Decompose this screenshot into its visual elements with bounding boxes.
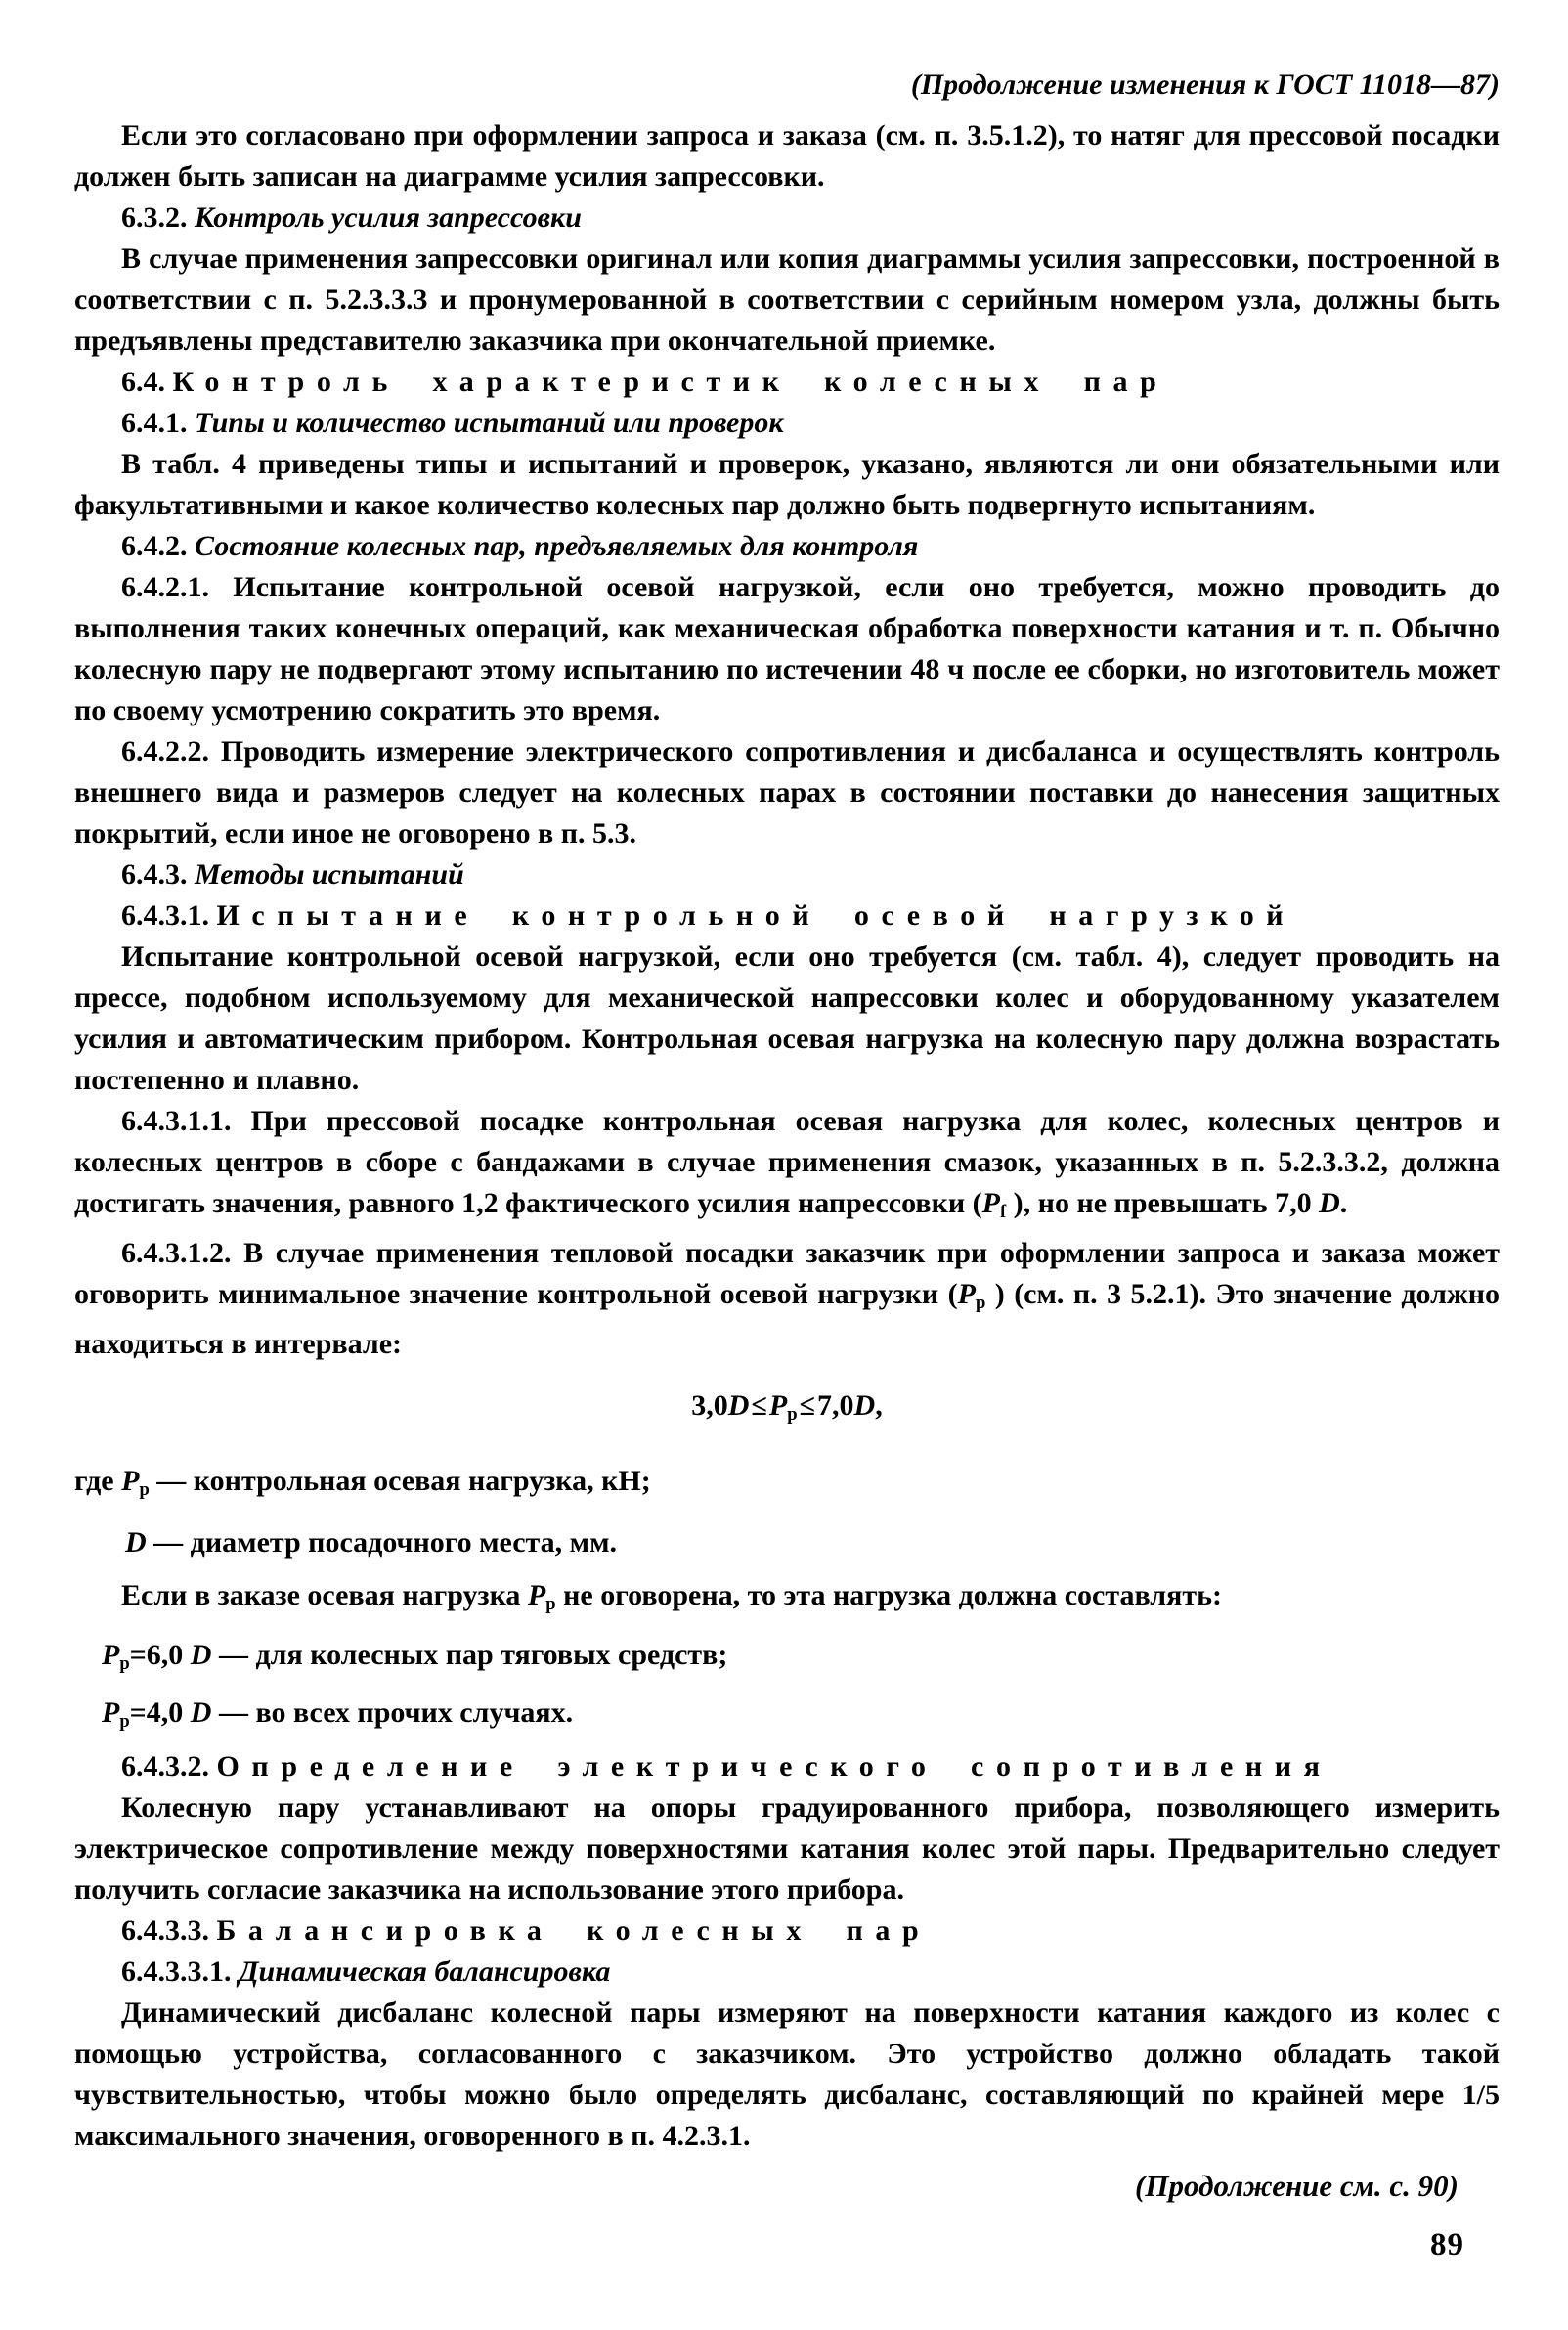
symbol-D: D bbox=[854, 1389, 876, 1422]
para-6-4-3-1-1: 6.4.3.1.1. При прессовой посадке контрол… bbox=[74, 1101, 1500, 1233]
section-number: 6.4.1. bbox=[121, 407, 195, 439]
text-run: где bbox=[74, 1465, 121, 1497]
definition-other: Pр=4,0 D — во всех прочих случаях. bbox=[74, 1689, 1500, 1746]
section-heading-6-4-2: 6.4.2. Состояние колесных пар, предъявля… bbox=[74, 526, 1500, 567]
section-title: Контроль характеристик колесных пар bbox=[173, 366, 1169, 398]
symbol-P: P bbox=[528, 1579, 545, 1611]
para-6-4-3-1: Испытание контрольной осевой нагрузкой, … bbox=[74, 937, 1500, 1101]
section-title: Состояние колесных пар, предъявляемых дл… bbox=[195, 530, 918, 562]
continuation-footer: (Продолжение см. с. 90) bbox=[1135, 2169, 1459, 2204]
section-number: 6.4.2. bbox=[121, 530, 195, 562]
para-6-3-2: В случае применения запрессовки оригинал… bbox=[74, 239, 1500, 362]
symbol-D: D bbox=[125, 1526, 147, 1559]
section-heading-6-4-1: 6.4.1. Типы и количество испытаний или п… bbox=[74, 403, 1500, 444]
subscript-p: р bbox=[139, 1479, 149, 1500]
section-heading-6-4-3: 6.4.3. Методы испытаний bbox=[74, 855, 1500, 896]
where-line-D: D — диаметр посадочного места, мм. bbox=[74, 1517, 1500, 1569]
subscript-p: р bbox=[119, 1653, 129, 1674]
symbol-P: P bbox=[958, 1278, 976, 1310]
section-number: 6.4.3.1. bbox=[121, 900, 217, 932]
para-6-4-1: В табл. 4 приведены типы и испытаний и п… bbox=[74, 444, 1500, 526]
para-6-4-2-1: 6.4.2.1. Испытание контрольной осевой на… bbox=[74, 567, 1500, 731]
formula-number: 3,0 bbox=[691, 1389, 728, 1422]
section-number: 6.3.2. bbox=[121, 201, 195, 234]
section-title: Динамическая балансировка bbox=[239, 1956, 610, 1988]
section-heading-6-4-3-3: 6.4.3.3. Балансировка колесных пар bbox=[74, 1911, 1500, 1952]
symbol-D: D bbox=[1319, 1187, 1340, 1219]
less-equal-sign: ≤ bbox=[798, 1389, 817, 1422]
section-title: Балансировка колесных пар bbox=[217, 1914, 932, 1947]
symbol-P: P bbox=[102, 1696, 119, 1729]
section-heading-6-4-3-1: 6.4.3.1. Испытание контрольной осевой на… bbox=[74, 896, 1500, 937]
symbol-D: D bbox=[728, 1389, 750, 1422]
subscript-p: р bbox=[119, 1711, 129, 1732]
text-run: не оговорена, то эта нагрузка должна сос… bbox=[556, 1579, 1222, 1611]
para-6-4-3-3-1: Динамический дисбаланс колесной пары изм… bbox=[74, 1993, 1500, 2157]
text-run: ), но не превышать 7,0 bbox=[1006, 1187, 1319, 1219]
symbol-P: P bbox=[102, 1639, 119, 1671]
text-run: — контрольная осевая нагрузка, кН; bbox=[150, 1465, 651, 1497]
symbol-D: D bbox=[191, 1639, 212, 1671]
section-title: Методы испытаний bbox=[195, 858, 464, 891]
section-number: 6.4.3.2. bbox=[121, 1750, 217, 1782]
section-heading-6-3-2: 6.3.2. Контроль усилия запрессовки bbox=[74, 198, 1500, 239]
less-equal-sign: ≤ bbox=[749, 1389, 768, 1422]
page-number: 89 bbox=[1430, 2227, 1464, 2264]
text-run: Если в заказе осевая нагрузка bbox=[121, 1579, 528, 1611]
para-6-4-3-2: Колесную пару устанавливают на опоры гра… bbox=[74, 1787, 1500, 1911]
section-title: Контроль усилия запрессовки bbox=[195, 201, 582, 234]
para-intro: Если это согласовано при оформлении запр… bbox=[74, 115, 1500, 198]
definition-traction: Pр=6,0 D — для колесных пар тяговых сред… bbox=[74, 1631, 1500, 1689]
formula-number: 7,0 bbox=[817, 1389, 854, 1422]
text-run: — для колесных пар тяговых средств; bbox=[211, 1639, 727, 1671]
section-heading-6-4-3-2: 6.4.3.2. Определение электрического сопр… bbox=[74, 1746, 1500, 1787]
document-page: (Продолжение изменения к ГОСТ 11018—87) … bbox=[0, 0, 1568, 2330]
text-run: =4,0 bbox=[130, 1696, 191, 1729]
para-6-4-2-2: 6.4.2.2. Проводить измерение электрическ… bbox=[74, 731, 1500, 855]
section-number: 6.4.3. bbox=[121, 858, 195, 891]
section-title: Типы и количество испытаний или проверок bbox=[195, 407, 784, 439]
section-title: Определение электрического сопротивления bbox=[217, 1750, 1332, 1782]
continuation-header: (Продолжение изменения к ГОСТ 11018—87) bbox=[74, 65, 1500, 106]
subscript-p: р bbox=[787, 1405, 797, 1426]
section-heading-6-4-3-3-1: 6.4.3.3.1. Динамическая балансировка bbox=[74, 1952, 1500, 1993]
section-title: Испытание контрольной осевой нагрузкой bbox=[217, 900, 1296, 932]
para-if-not-specified: Если в заказе осевая нагрузка Pр не огов… bbox=[74, 1569, 1500, 1631]
section-number: 6.4.3.3. bbox=[121, 1914, 217, 1947]
document-body: (Продолжение изменения к ГОСТ 11018—87) … bbox=[74, 65, 1500, 2157]
subscript-p: р bbox=[976, 1293, 985, 1313]
text-run: — во всех прочих случаях. bbox=[211, 1696, 573, 1729]
formula-axial-load-range: 3,0D≤Pр≤7,0D, bbox=[74, 1381, 1500, 1440]
para-6-4-3-1-2: 6.4.3.1.2. В случае применения тепловой … bbox=[74, 1233, 1500, 1365]
text-run: =6,0 bbox=[130, 1639, 191, 1671]
symbol-D: D bbox=[191, 1696, 212, 1729]
symbol-P: P bbox=[982, 1187, 1000, 1219]
section-number: 6.4. bbox=[121, 366, 173, 398]
symbol-P: P bbox=[769, 1389, 787, 1422]
symbol-P: P bbox=[121, 1465, 139, 1497]
text-run: — диаметр посадочного места, мм. bbox=[147, 1526, 617, 1559]
subscript-p: р bbox=[545, 1594, 555, 1614]
section-heading-6-4: 6.4. Контроль характеристик колесных пар bbox=[74, 362, 1500, 403]
section-number: 6.4.3.3.1. bbox=[121, 1956, 239, 1988]
text-run: . bbox=[1340, 1187, 1348, 1219]
formula-comma: , bbox=[875, 1389, 883, 1422]
where-line-Pp: где Pр — контрольная осевая нагрузка, кН… bbox=[74, 1455, 1500, 1517]
